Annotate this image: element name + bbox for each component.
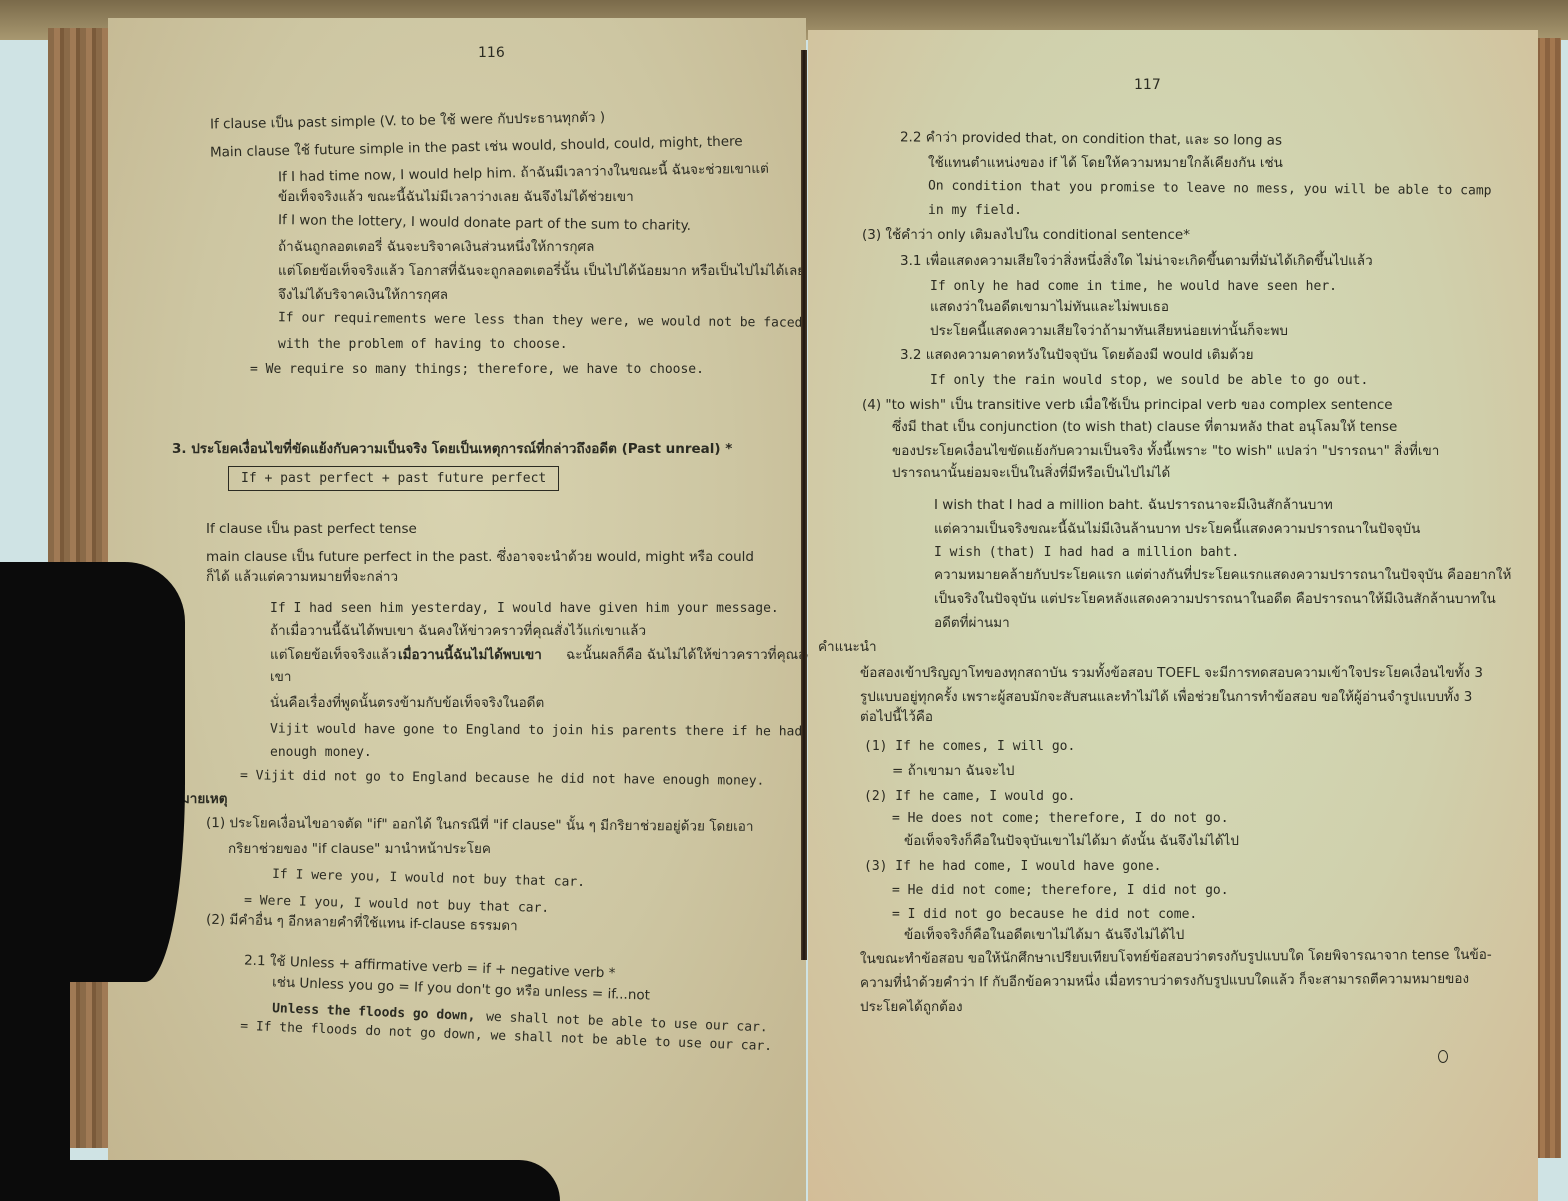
text-line: (4) "to wish" เป็น transitive verb เมื่อ… <box>862 396 1393 414</box>
note-line: If I were you, I would not buy that car. <box>272 866 585 892</box>
hand-shadow <box>0 700 70 1201</box>
page-number: 116 <box>478 44 505 62</box>
text-line: ความหมายคล้ายกับประโยคแรก แต่ต่างกันที่ป… <box>934 566 1511 584</box>
bottom-shadow <box>0 1160 560 1201</box>
note-line: (1) ประโยคเงื่อนไขอาจตัด "if" ออกได้ ในก… <box>206 814 754 836</box>
text-line: ใช้แทนตำแหน่งของ if ได้ โดยให้ความหมายใก… <box>928 154 1283 172</box>
formula-box: If + past perfect + past future perfect <box>228 466 559 491</box>
text-line: อดีตที่ผ่านมา <box>934 614 1010 632</box>
text-line: ประโยคนี้แสดงความเสียใจว่าถ้ามาทันเสียหน… <box>930 322 1288 340</box>
summary-line: ข้อเท็จจริงก็คือในอดีตเขาไม่ได้มา ฉันจึง… <box>904 926 1184 944</box>
summary-line: (2) If he came, I would go. <box>864 788 1075 806</box>
closing-line: ความที่นำด้วยคำว่า If กับอีกข้อความหนึ่ง… <box>860 970 1469 992</box>
text-line: แต่โดยข้อเท็จจริงแล้ว โอกาสที่ฉันจะถูกลอ… <box>278 262 805 280</box>
text-emphasis: เมื่อวานนี้ฉันไม่ได้พบเขา <box>398 646 542 664</box>
summary-line: = He does not come; therefore, I do not … <box>892 810 1229 828</box>
book-page-edges-right <box>1535 38 1561 1158</box>
closing-line: ในขณะทำข้อสอบ ขอให้นักศึกษาเปรียบเทียบโจ… <box>860 946 1492 968</box>
text-line: ก็ได้ แล้วแต่ความหมายที่จะกล่าว <box>206 568 398 586</box>
advice-line: รูปแบบอยู่ทุกครั้ง เพราะผู้สอบมักจะสับสน… <box>860 688 1472 706</box>
page-number: 117 <box>1134 76 1161 94</box>
text-line: If I had seen him yesterday, I would hav… <box>270 600 779 618</box>
text-line: (3) ใช้คำว่า only เติมลงไปใน conditional… <box>862 226 1190 244</box>
text-line: ข้อเท็จจริงแล้ว ขณะนี้ฉันไม่มีเวลาว่างเล… <box>278 188 634 206</box>
text-line: เขา <box>270 668 291 686</box>
summary-line: (3) If he had come, I would have gone. <box>864 858 1161 876</box>
text-line: I wish (that) I had had a million baht. <box>934 544 1239 562</box>
text-line: If only he had come in time, he would ha… <box>930 278 1337 296</box>
closing-line: ประโยคได้ถูกต้อง <box>860 998 963 1016</box>
text-line: Vijit would have gone to England to join… <box>270 721 802 742</box>
circle-mark-icon <box>1438 1050 1448 1063</box>
summary-line: = He did not come; therefore, I did not … <box>892 882 1229 900</box>
text-line: main clause เป็น future perfect in the p… <box>206 548 754 566</box>
text-line: I wish that I had a million baht. ฉันปรา… <box>934 496 1333 514</box>
summary-line: = I did not go because he did not come. <box>892 906 1197 924</box>
text-line: = We require so many things; therefore, … <box>250 361 704 379</box>
text-line: แต่ความเป็นจริงขณะนี้ฉันไม่มีเงินล้านบาท… <box>934 520 1420 538</box>
text-line: ปรารถนานั้นย่อมจะเป็นในสิ่งที่มีหรือเป็น… <box>892 464 1170 482</box>
text-line: นั่นคือเรื่องที่พูดนั้นตรงข้ามกับข้อเท็จ… <box>270 694 544 712</box>
text-line: If only the rain would stop, we sould be… <box>930 372 1368 390</box>
text-line: Main clause ใช้ future simple in the pas… <box>210 132 743 161</box>
text-line: ซึ่งมี that เป็น conjunction (to wish th… <box>892 418 1397 436</box>
text-line: ถ้าเมื่อวานนี้ฉันได้พบเขา ฉันคงให้ข่าวคร… <box>270 622 646 640</box>
advice-line: ข้อสองเข้าปริญญาโทของทุกสถาบัน รวมทั้งข้… <box>860 664 1483 682</box>
text-line: If I won the lottery, I would donate par… <box>278 211 691 235</box>
text-line: เป็นจริงในปัจจุบัน แต่ประโยคหลังแสดงความ… <box>934 590 1496 608</box>
text-line: 3.1 เพื่อแสดงความเสียใจว่าสิ่งหนึ่งสิ่งใ… <box>900 252 1373 270</box>
summary-line: = ถ้าเขามา ฉันจะไป <box>892 762 1015 780</box>
text-line: If our requirements were less than they … <box>278 309 803 332</box>
text-line: 2.2 คำว่า provided that, on condition th… <box>900 128 1282 149</box>
left-page: 116 If clause เป็น past simple (V. to be… <box>108 18 806 1201</box>
text-line: On condition that you promise to leave n… <box>928 178 1492 201</box>
text-line: enough money. <box>270 744 372 762</box>
text-line: แต่โดยข้อเท็จจริงแล้ว <box>270 646 396 664</box>
section-heading: 3. ประโยคเงื่อนไขที่ขัดแย้งกับความเป็นจร… <box>172 440 732 458</box>
text-line: 3.2 แสดงความคาดหวังในปัจจุบัน โดยต้องมี … <box>900 346 1254 364</box>
summary-line: ข้อเท็จจริงก็คือในปัจจุบันเขาไม่ได้มา ดั… <box>904 832 1239 850</box>
text-line: = Vijit did not go to England because he… <box>240 767 765 790</box>
right-page: 117 2.2 คำว่า provided that, on conditio… <box>808 30 1538 1201</box>
text-line: If clause เป็น past perfect tense <box>206 520 417 538</box>
advice-line: ต่อไปนี้ไว้คือ <box>860 708 933 726</box>
book-gutter <box>801 50 807 960</box>
text-line: If I had time now, I would help him. ถ้า… <box>278 160 769 187</box>
text-line: If clause เป็น past simple (V. to be ใช้… <box>210 109 605 134</box>
text-line: ถ้าฉันถูกลอตเตอรี่ ฉันจะบริจาคเงินส่วนหน… <box>278 238 594 256</box>
text-line: ของประโยคเงื่อนไขขัดแย้งกับความเป็นจริง … <box>892 442 1439 460</box>
advice-heading: คำแนะนำ <box>818 638 877 656</box>
text-line: จึงไม่ได้บริจาคเงินให้การกุศล <box>278 286 448 304</box>
text-line: with the problem of having to choose. <box>278 336 568 354</box>
text-line: in my field. <box>928 202 1022 220</box>
note-line: กริยาช่วยของ "if clause" มานำหน้าประโยค <box>228 840 491 858</box>
text-line: แสดงว่าในอดีตเขามาไม่ทันและไม่พบเธอ <box>930 298 1169 316</box>
summary-line: (1) If he comes, I will go. <box>864 738 1075 756</box>
